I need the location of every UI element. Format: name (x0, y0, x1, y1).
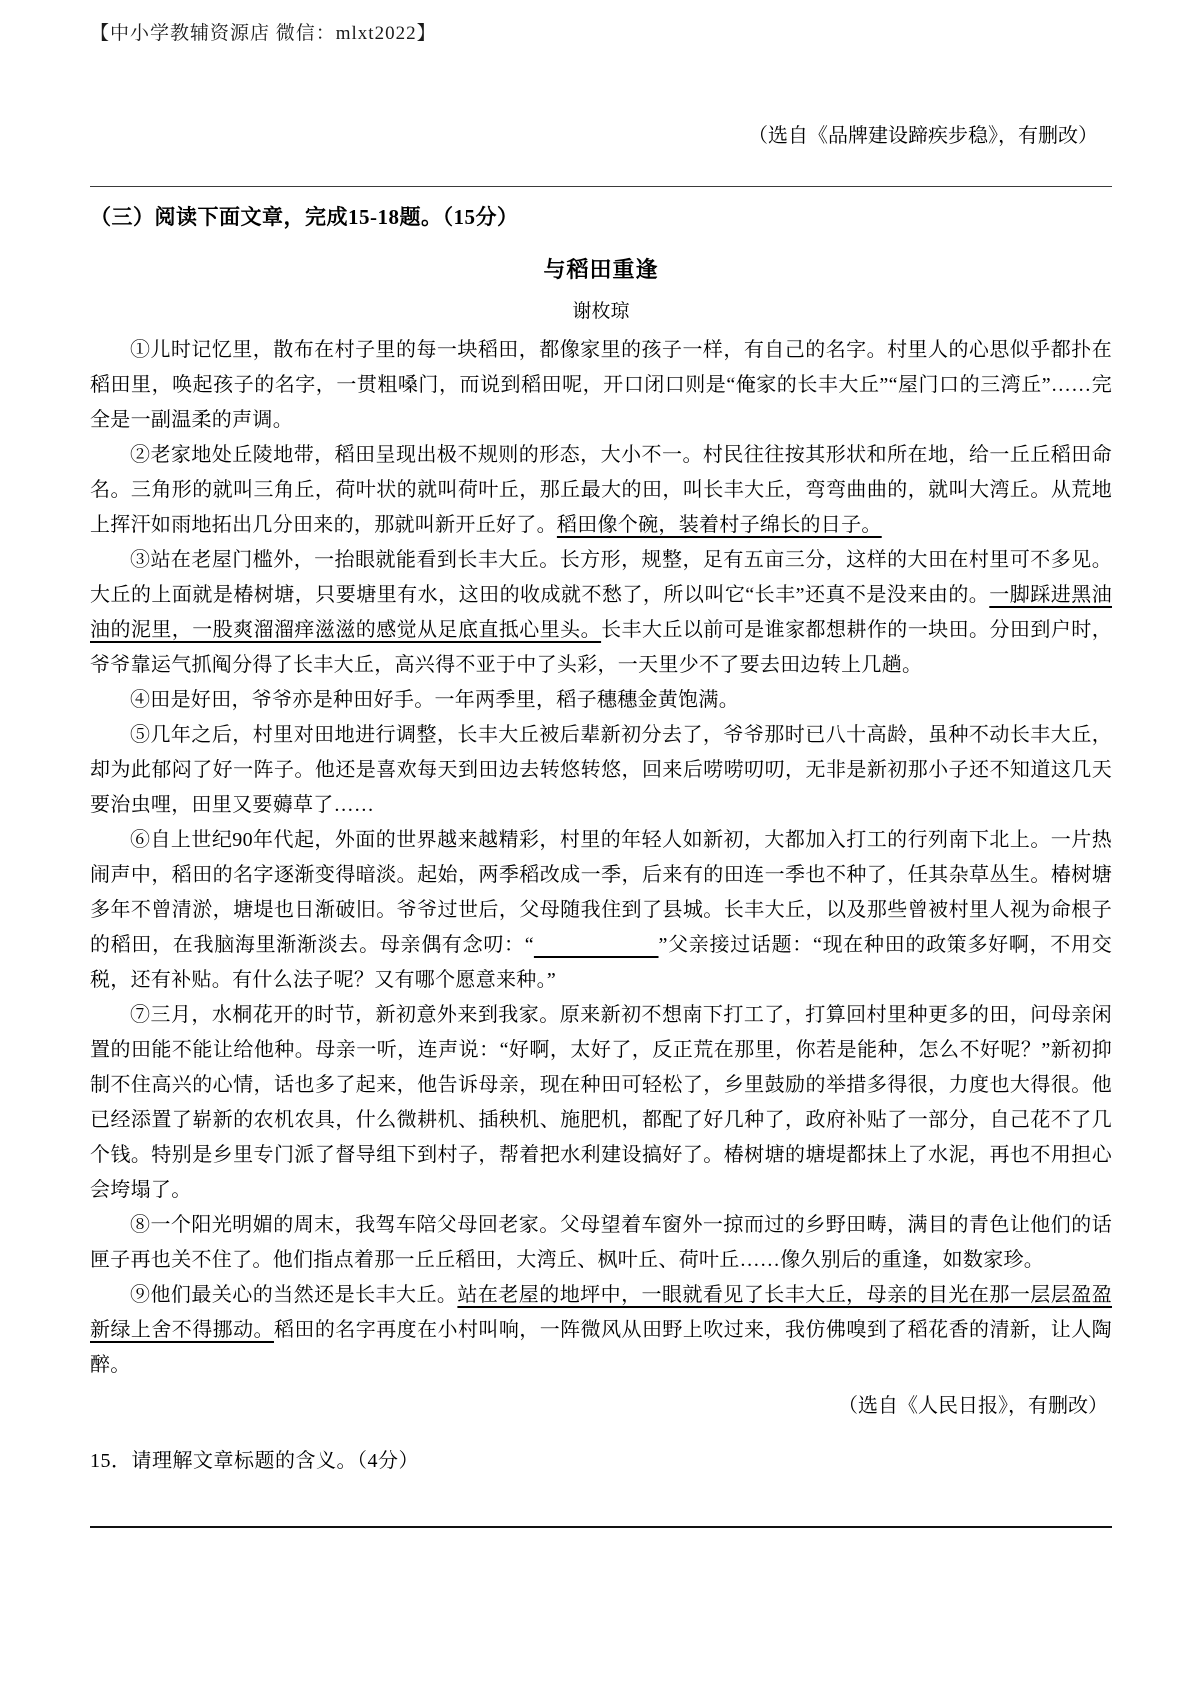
paragraph-text: ①儿时记忆里，散布在村子里的每一块稻田，都像家里的孩子一样，有自己的名字。村里人… (90, 339, 1112, 431)
source-attribution-top: （选自《品牌建设蹄疾步稳》，有删改） (90, 119, 1112, 148)
article-paragraph: ⑤几年之后，村里对田地进行调整，长丰大丘被后辈新初分去了，爷爷那时已八十高龄，虽… (90, 718, 1112, 823)
paragraph-text: ⑨他们最关心的当然还是长丰大丘。 (130, 1284, 457, 1306)
article-title: 与稻田重逢 (90, 253, 1112, 284)
answer-blank-line (90, 1525, 1112, 1528)
article-paragraph: ①儿时记忆里，散布在村子里的每一块稻田，都像家里的孩子一样，有自己的名字。村里人… (90, 333, 1112, 438)
article-paragraph: ⑦三月，水桐花开的时节，新初意外来到我家。原来新初不想南下打工了，打算回村里种更… (90, 998, 1112, 1208)
paragraph-text: ③站在老屋门槛外，一抬眼就能看到长丰大丘。长方形，规整，足有五亩三分，这样的大田… (90, 549, 1112, 606)
article-paragraph: ⑧一个阳光明媚的周末，我驾车陪父母回老家。父母望着车窗外一掠而过的乡野田畴，满目… (90, 1208, 1112, 1278)
article-paragraph: ⑨他们最关心的当然还是长丰大丘。站在老屋的地坪中，一眼就看见了长丰大丘，母亲的目… (90, 1278, 1112, 1383)
store-header-label: 【中小学教辅资源店 微信：mlxt2022】 (90, 18, 1112, 45)
underlined-passage: 稻田像个碗，装着村子绵长的日子。 (557, 514, 882, 536)
source-attribution-bottom: （选自《人民日报》，有删改） (90, 1389, 1112, 1418)
article-paragraph: ⑥自上世纪90年代起，外面的世界越来越精彩，村里的年轻人如新初，大都加入打工的行… (90, 823, 1112, 998)
article-paragraph: ③站在老屋门槛外，一抬眼就能看到长丰大丘。长方形，规整，足有五亩三分，这样的大田… (90, 543, 1112, 683)
article-body: ①儿时记忆里，散布在村子里的每一块稻田，都像家里的孩子一样，有自己的名字。村里人… (90, 333, 1112, 1383)
document-page: 【中小学教辅资源店 微信：mlxt2022】 （选自《品牌建设蹄疾步稳》，有删改… (0, 0, 1200, 1698)
article-paragraph: ④田是好田，爷爷亦是种田好手。一年两季里，稻子穗穗金黄饱满。 (90, 683, 1112, 718)
paragraph-text: ⑦三月，水桐花开的时节，新初意外来到我家。原来新初不想南下打工了，打算回村里种更… (90, 1004, 1112, 1201)
underlined-passage (534, 934, 659, 956)
paragraph-text: ⑤几年之后，村里对田地进行调整，长丰大丘被后辈新初分去了，爷爷那时已八十高龄，虽… (90, 724, 1112, 816)
article-author: 谢枚琼 (90, 296, 1112, 323)
article-paragraph: ②老家地处丘陵地带，稻田呈现出极不规则的形态，大小不一。村民往往按其形状和所在地… (90, 438, 1112, 543)
question-15: 15．请理解文章标题的含义。（4分） (90, 1444, 1112, 1473)
paragraph-text: ④田是好田，爷爷亦是种田好手。一年两季里，稻子穗穗金黄饱满。 (130, 689, 739, 711)
section-divider-line (90, 186, 1112, 187)
section-heading: （三）阅读下面文章，完成15-18题。（15分） (90, 201, 1112, 231)
paragraph-text: ⑧一个阳光明媚的周末，我驾车陪父母回老家。父母望着车窗外一掠而过的乡野田畴，满目… (90, 1214, 1112, 1271)
